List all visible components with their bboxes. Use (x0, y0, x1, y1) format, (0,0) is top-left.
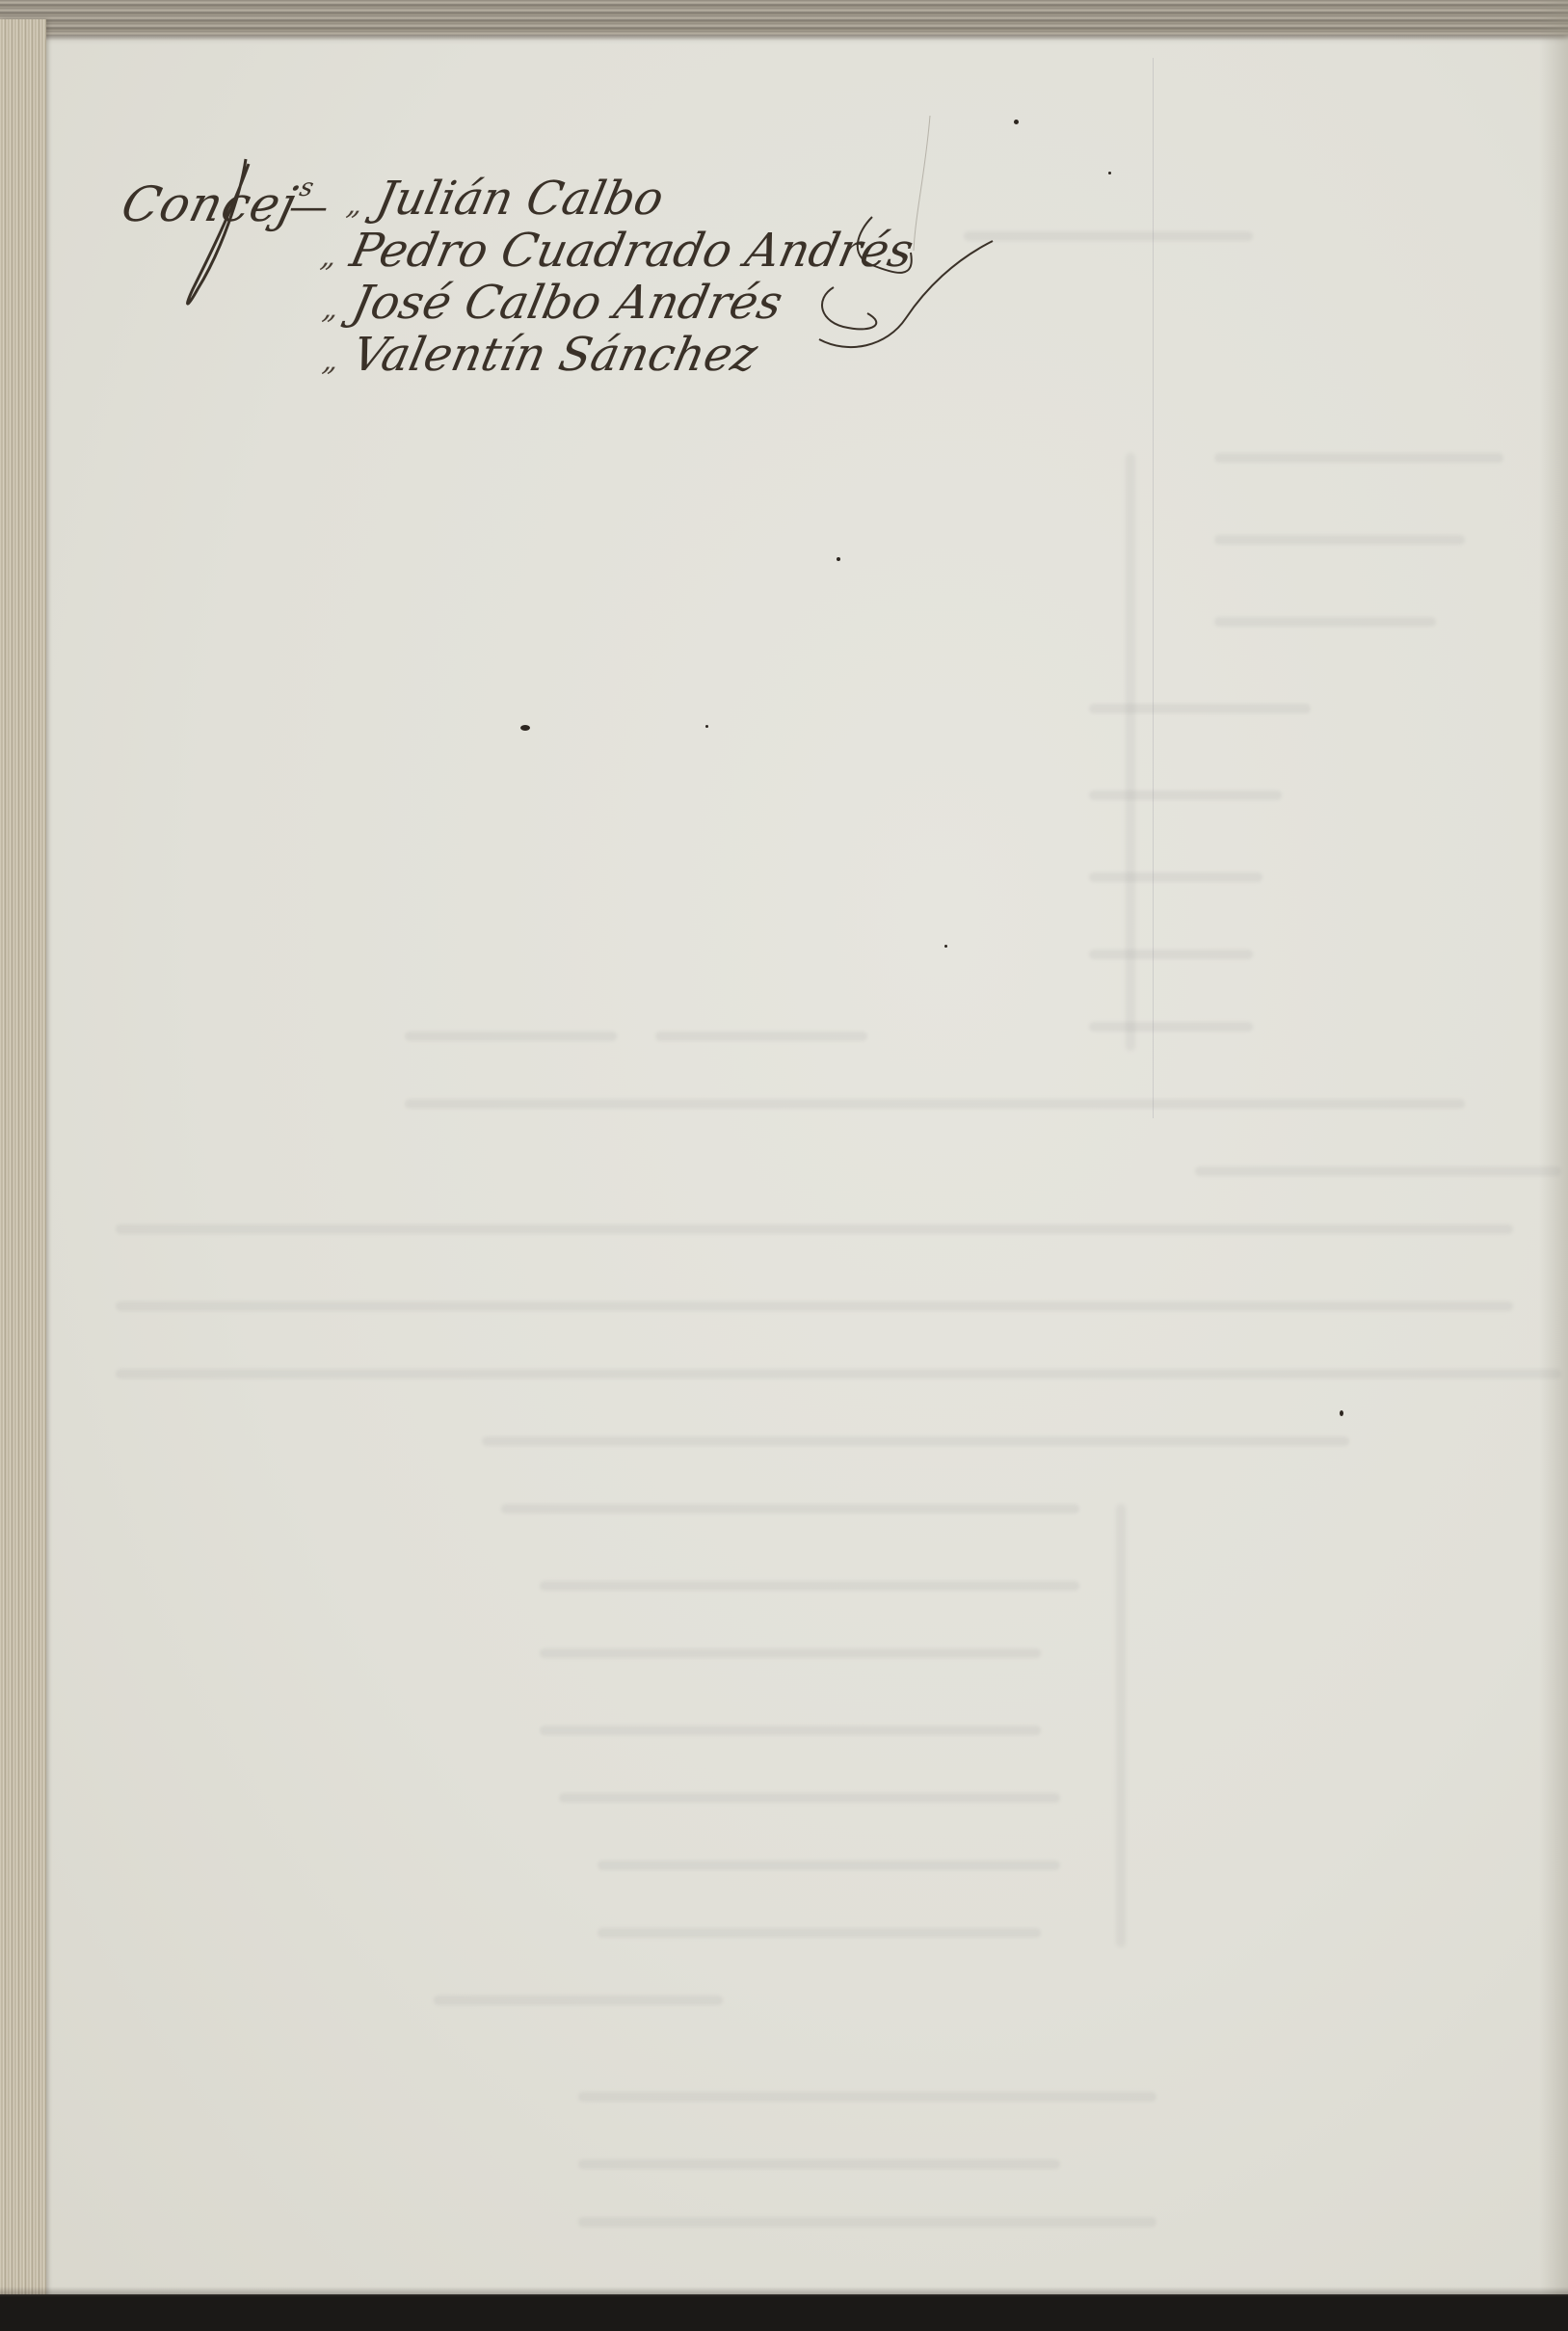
ditto-mark: „ (344, 188, 366, 222)
page-stack-edge (0, 19, 46, 2302)
page-right-shadow (1539, 0, 1568, 2302)
label-dash: — (289, 185, 329, 229)
manuscript-page: Concejs — „Julián Calbo „Pedro Cuadrado … (0, 0, 1568, 2302)
council-member-row: „José Calbo Andrés (319, 276, 787, 330)
ditto-mark: „ (320, 292, 342, 326)
scan-background-bottom (0, 2294, 1568, 2331)
council-member-name: Valentín Sánchez (348, 328, 762, 382)
council-member-row: „Valentín Sánchez (319, 328, 762, 382)
book-top-edge (0, 0, 1568, 35)
ditto-mark: „ (318, 240, 340, 274)
council-member-name: Pedro Cuadrado Andrés (346, 224, 918, 278)
margin-rule (1153, 58, 1154, 1118)
council-member-row: „Julián Calbo (343, 172, 668, 226)
council-member-row: „Pedro Cuadrado Andrés (317, 224, 918, 278)
council-member-name: José Calbo Andrés (348, 276, 787, 330)
councilmen-label: Concejs (116, 174, 317, 232)
ditto-mark: „ (320, 344, 342, 378)
label-text: Concej (116, 176, 303, 232)
council-member-name: Julián Calbo (372, 172, 669, 226)
